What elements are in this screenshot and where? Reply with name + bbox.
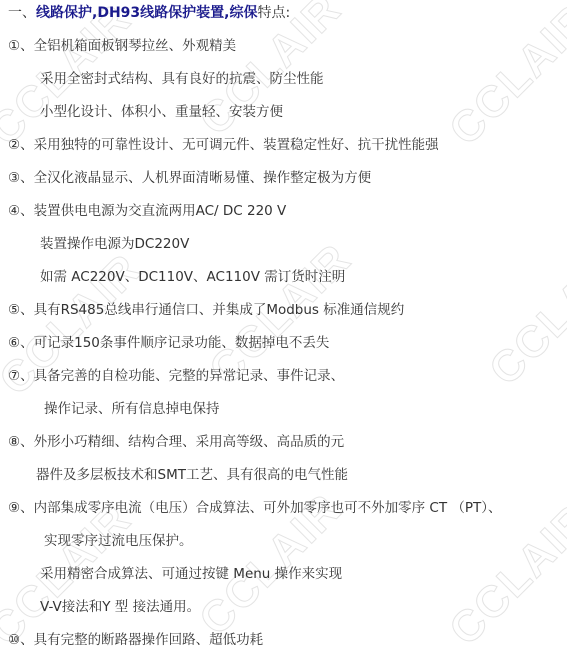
feature-item-9-line-3: 采用精密合成算法、可通过按键 Menu 操作来实现: [40, 565, 342, 583]
item-marker: ④、: [8, 203, 34, 219]
heading-prefix: 一、: [8, 5, 36, 21]
feature-item-1: ①、全铝机箱面板钢琴拉丝、外观精美: [8, 37, 236, 55]
item-text: 具有完整的断路器操作回路、超低功耗: [34, 632, 264, 648]
feature-item-9: ⑨、内部集成零序电流（电压）合成算法、可外加零序也可不外加零序 CT （PT）、: [8, 499, 502, 517]
item-text: 外形小巧精细、结构合理、采用高等级、高品质的元: [34, 434, 345, 450]
item-marker: ⑧、: [8, 434, 34, 450]
item-marker: ⑥、: [8, 335, 34, 351]
feature-item-9-line-2: 实现零序过流电压保护。: [44, 532, 193, 550]
item-marker: ①、: [8, 38, 34, 54]
feature-item-7-line-2: 操作记录、所有信息掉电保持: [44, 400, 220, 418]
heading-title: 线路保护,DH93线路保护装置,综保: [36, 5, 257, 21]
feature-item-8-line-2: 器件及多层板技术和SMT工艺、具有很高的电气性能: [36, 466, 348, 484]
feature-item-6: ⑥、可记录150条事件顺序记录功能、数据掉电不丢失: [8, 334, 329, 352]
feature-item-1-line-2: 采用全密封式结构、具有良好的抗震、防尘性能: [40, 70, 324, 88]
item-marker: ⑤、: [8, 302, 34, 318]
item-marker: ⑨、: [8, 500, 34, 516]
item-text: 采用独特的可靠性设计、无可调元件、装置稳定性好、抗干扰性能强: [34, 137, 439, 153]
item-marker: ⑦、: [8, 368, 34, 384]
feature-item-4-line-3: 如需 AC220V、DC110V、AC110V 需订货时注明: [40, 268, 345, 286]
item-marker: ⑩、: [8, 632, 34, 648]
watermark: CCLAIR: [440, 0, 567, 155]
feature-item-3: ③、全汉化液晶显示、人机界面清晰易懂、操作整定极为方便: [8, 169, 371, 187]
watermark: CCLAIR: [440, 494, 567, 655]
item-text: 全铝机箱面板钢琴拉丝、外观精美: [34, 38, 237, 54]
item-marker: ③、: [8, 170, 34, 186]
feature-item-2: ②、采用独特的可靠性设计、无可调元件、装置稳定性好、抗干扰性能强: [8, 136, 439, 154]
feature-item-4: ④、装置供电电源为交直流两用AC/ DC 220 V: [8, 202, 286, 220]
watermark: CCLAIR: [480, 234, 567, 395]
item-text: 具有RS485总线串行通信口、并集成了Modbus 标准通信规约: [34, 302, 405, 318]
feature-item-9-line-4: V-V接法和Y 型 接法通用。: [40, 598, 200, 616]
item-text: 可记录150条事件顺序记录功能、数据掉电不丢失: [34, 335, 330, 351]
feature-item-10: ⑩、具有完整的断路器操作回路、超低功耗: [8, 631, 263, 649]
feature-item-7: ⑦、具备完善的自检功能、完整的异常记录、事件记录、: [8, 367, 344, 385]
page-heading: 一、线路保护,DH93线路保护装置,综保特点:: [8, 4, 290, 22]
feature-item-8: ⑧、外形小巧精细、结构合理、采用高等级、高品质的元: [8, 433, 344, 451]
feature-item-1-line-3: 小型化设计、体积小、重量轻、安装方便: [40, 103, 283, 121]
item-text: 具备完善的自检功能、完整的异常记录、事件记录、: [34, 368, 345, 384]
item-text: 装置供电电源为交直流两用AC/ DC 220 V: [34, 203, 287, 219]
item-text: 全汉化液晶显示、人机界面清晰易懂、操作整定极为方便: [34, 170, 372, 186]
heading-suffix: 特点:: [257, 5, 290, 21]
watermark-layer: CCLAIR CCLAIR CCLAIR CCLAIR CCLAIR CCLAI…: [0, 0, 567, 656]
item-text: 内部集成零序电流（电压）合成算法、可外加零序也可不外加零序 CT （PT）、: [34, 500, 502, 516]
feature-item-5: ⑤、具有RS485总线串行通信口、并集成了Modbus 标准通信规约: [8, 301, 404, 319]
item-marker: ②、: [8, 137, 34, 153]
feature-item-4-line-2: 装置操作电源为DC220V: [40, 235, 189, 253]
